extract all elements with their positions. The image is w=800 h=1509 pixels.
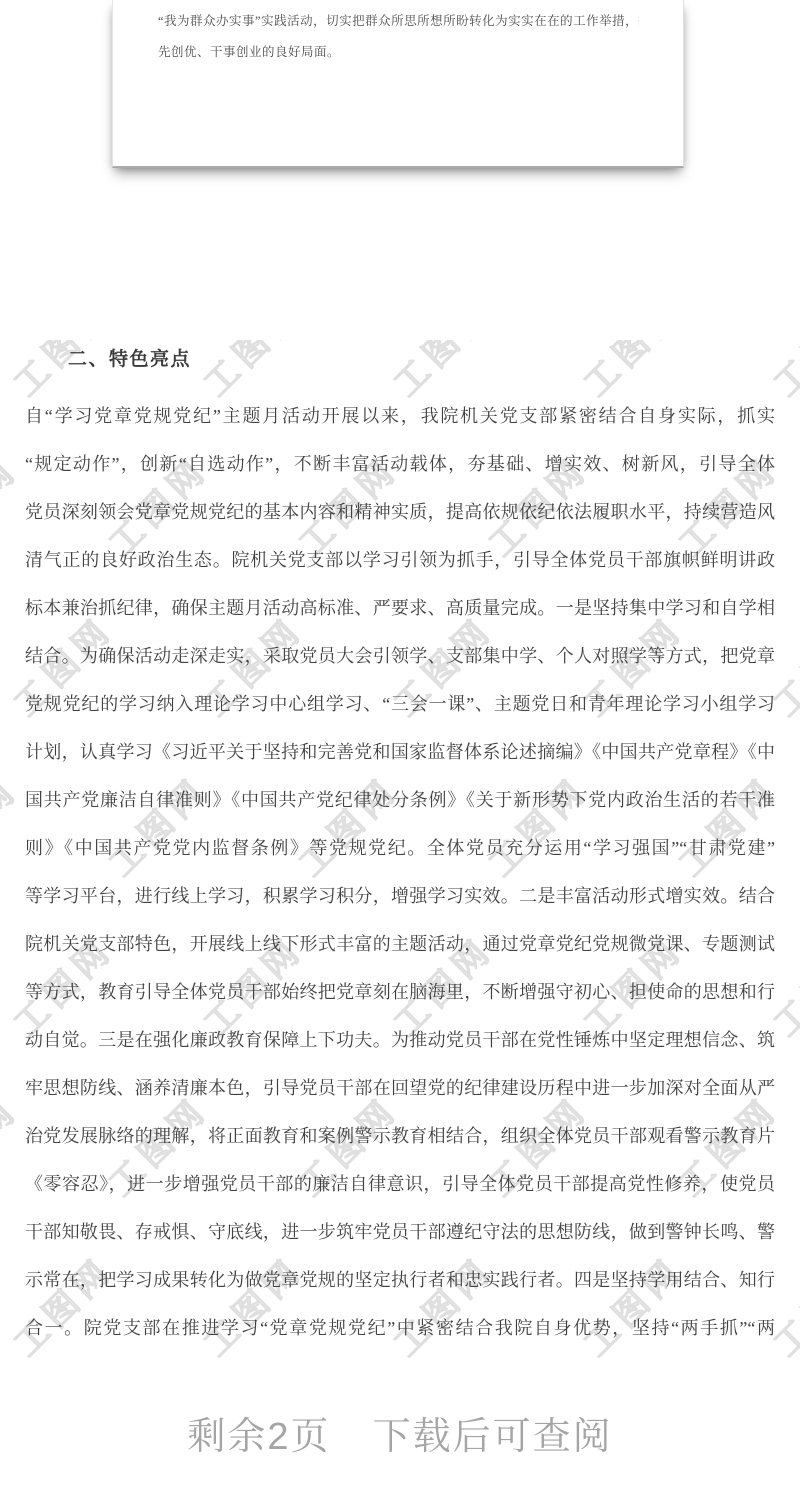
page1-text-block: “我为群众办实事”实践活动，切实把群众所思所想所盼转化为实实在在的工作举措，推动… [113, 0, 683, 68]
paragraph-line: 示常在，把学习成果转化为做党章党规的坚定执行者和忠实践行者。四是坚持学用结合、知… [25, 1256, 775, 1304]
paragraph-line: 清气正的良好政治生态。院机关党支部以学习引领为抓手，引导全体党员干部旗帜鲜明讲政… [25, 536, 775, 584]
paragraph-line: 计划，认真学习《习近平关于坚持和完善党和国家监督体系论述摘编》《中国共产党章程》… [25, 728, 775, 776]
paragraph-line: “规定动作”，创新“自选动作”，不断丰富活动载体，夯基础、增实效、树新风，引导全… [25, 440, 775, 488]
paragraph-line: 治党发展脉络的理解，将正面教育和案例警示教育相结合，组织全体党员干部观看警示教育… [25, 1112, 775, 1160]
remaining-pages-notice: 剩余2页 下载后可查阅 [0, 1405, 800, 1460]
paragraph-line: 等学习平台，进行线上学习，积累学习积分，增强学习实效。二是丰富活动形式增实效。结… [25, 872, 775, 920]
watermark-text: 工图网 [0, 1084, 27, 1206]
watermark-text: 工图网 [0, 764, 27, 886]
paragraph-line: 自“学习党章党规党纪”主题月活动开展以来，我院机关党支部紧密结合自身实际，抓实 [25, 392, 775, 440]
document-body: 自“学习党章党规党纪”主题月活动开展以来，我院机关党支部紧密结合自身实际，抓实“… [25, 392, 775, 1352]
paragraph-line: 则》《中国共产党党内监督条例》等党规党纪。全体党员充分运用“学习强国”“甘肃党建… [25, 824, 775, 872]
paragraph-line: 党规党纪的学习纳入理论学习中心组学习、“三会一课”、主题党日和青年理论学习小组学… [25, 680, 775, 728]
paragraph-line: 党员深刻领会党章党规党纪的基本内容和精神实质，提高依规依纪依法履职水平，持续营造… [25, 488, 775, 536]
paragraph-line: 合一。院党支部在推进学习“党章党规党纪”中紧密结合我院自身优势，坚持“两手抓”“… [25, 1304, 775, 1352]
paragraph-line: 干部知敬畏、存戒惧、守底线，进一步筑牢党员干部遵纪守法的思想防线，做到警钟长鸣、… [25, 1208, 775, 1256]
paragraph-line: 动自觉。三是在强化廉政教育保障上下功夫。为推动党员干部在党性锤炼中坚定理想信念、… [25, 1016, 775, 1064]
page1-line: “我为群众办实事”实践活动，切实把群众所思所想所盼转化为实实在在的工作举措，推动… [158, 6, 639, 37]
watermark-text: 工图网 [0, 444, 27, 566]
paragraph-line: 结合。为确保活动走深走实，采取党员大会引领学、支部集中学、个人对照学等方式，把党… [25, 632, 775, 680]
paragraph-line: 牢思想防线、涵养清廉本色，引导党员干部在回望党的纪律建设历程中进一步加深对全面从… [25, 1064, 775, 1112]
paragraph-line: 等方式，教育引导全体党员干部始终把党章刻在脑海里，不断增强守初心、担使命的思想和… [25, 968, 775, 1016]
page1-preview-card: “我为群众办实事”实践活动，切实把群众所思所想所盼转化为实实在在的工作举措，推动… [112, 0, 684, 168]
document-preview-screen: “我为群众办实事”实践活动，切实把群众所思所想所盼转化为实实在在的工作举措，推动… [0, 0, 800, 1509]
paragraph-line: 标本兼治抓纪律，确保主题月活动高标准、严要求、高质量完成。一是坚持集中学习和自学… [25, 584, 775, 632]
section-heading: 二、特色亮点 [68, 344, 191, 371]
paragraph-line: 院机关党支部特色，开展线上线下形式丰富的主题活动，通过党章党纪党规微党课、专题测… [25, 920, 775, 968]
download-hint: 下载后可查阅 [373, 1405, 613, 1460]
paragraph-line: 《零容忍》，进一步增强党员干部的廉洁自律意识，引导全体党员干部提高党性修养，使党… [25, 1160, 775, 1208]
remaining-pages-count: 剩余2页 [187, 1405, 330, 1460]
paragraph-line: 国共产党廉洁自律准则》《中国共产党纪律处分条例》《关于新形势下党内政治生活的若干… [25, 776, 775, 824]
page1-line: 先创优、干事创业的良好局面。 [158, 37, 639, 68]
